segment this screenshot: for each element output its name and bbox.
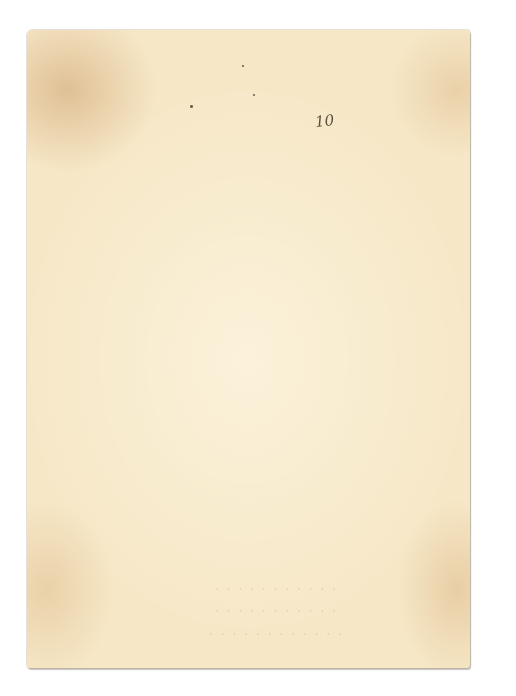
bleed-through-line-1: · · · · · · · · · · · [77, 585, 477, 595]
speck [253, 94, 255, 96]
speck [242, 65, 244, 67]
handwritten-number: 10 [314, 111, 335, 131]
bleed-through-line-3: · · · · · · · · · · · · [77, 630, 477, 640]
bleed-through-line-2: · · · · · · · · · · · [77, 607, 477, 617]
photo-card-back: 10 · · · · · · · · · · · · · · · · · · ·… [27, 30, 470, 668]
speck [190, 105, 193, 108]
